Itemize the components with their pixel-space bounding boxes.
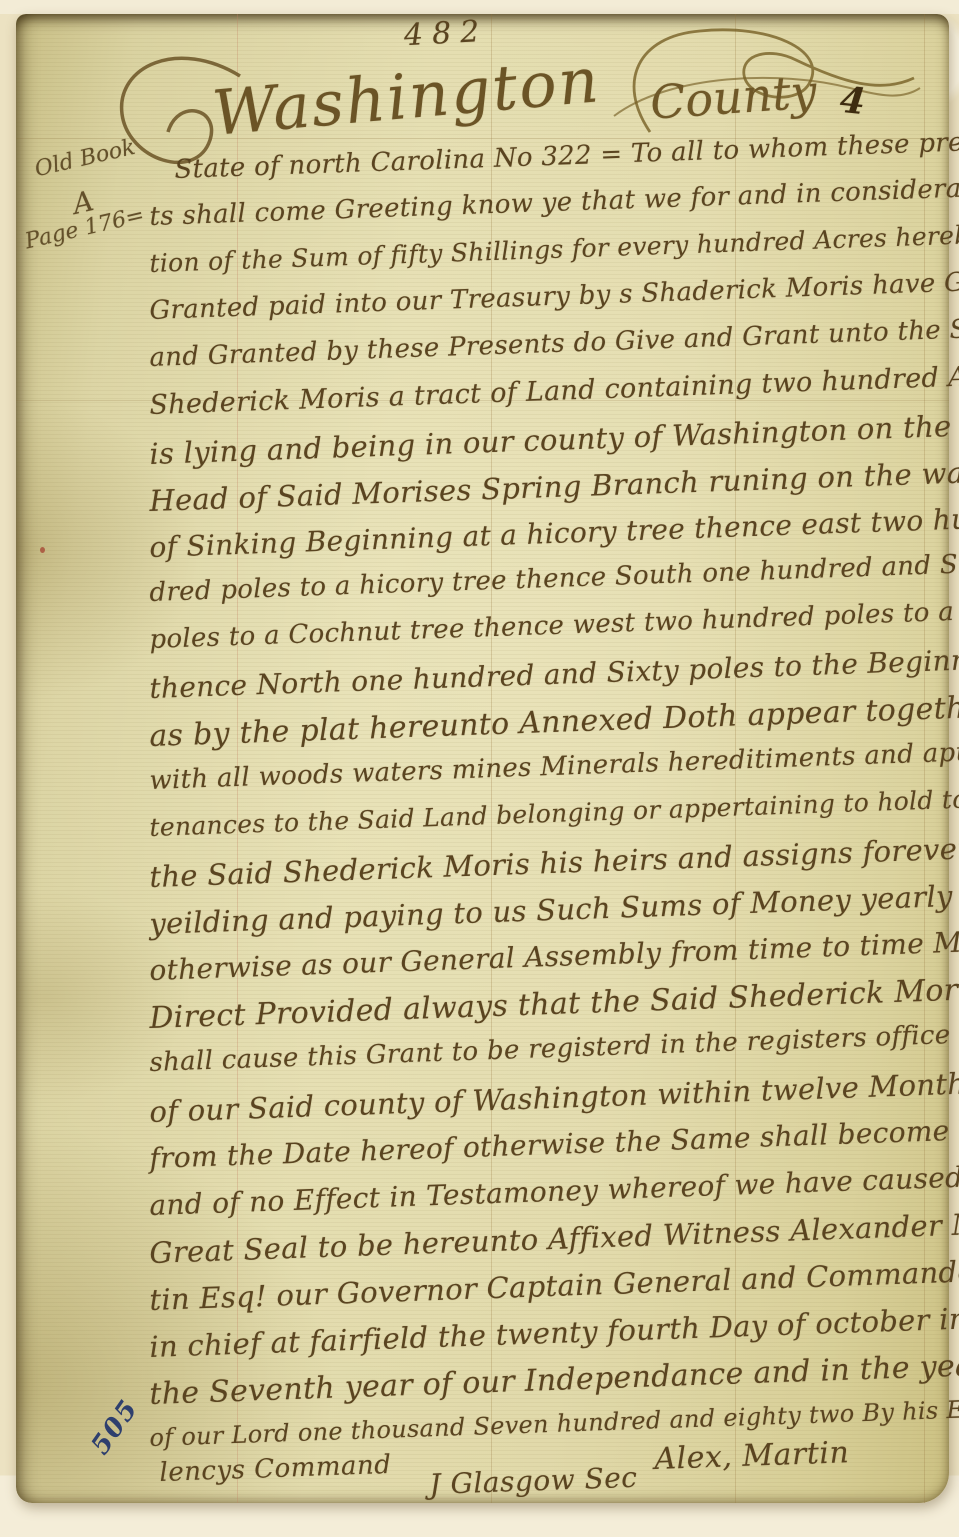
- archival-stamp-number: 505: [86, 1394, 145, 1461]
- margin-note-old-book: Old Book: [32, 135, 137, 182]
- manuscript-line: ts shall come Greeting know ye that we f…: [149, 173, 959, 232]
- secretary-signature: J Glasgow Sec: [429, 1461, 638, 1501]
- manuscript-line: tenances to the Said Land belonging or a…: [149, 784, 959, 842]
- page-title-county: County: [648, 64, 818, 129]
- governor-signature: Alex, Martin: [654, 1435, 850, 1477]
- page-title-washington: Washington: [210, 43, 604, 150]
- ink-speck: [40, 547, 45, 553]
- manuscript-line: Granted paid into our Treasury by s Shad…: [149, 266, 959, 326]
- manuscript-line: tion of the Sum of fifty Shillings for e…: [149, 220, 959, 278]
- closing-command-text: lencys Command: [159, 1450, 392, 1488]
- manuscript-page: 482 Washington County 4 Old Book A Page …: [16, 14, 949, 1503]
- header-mark: 4: [838, 79, 867, 123]
- folio-number: 482: [403, 14, 489, 53]
- manuscript-line: and Granted by these Presents do Give an…: [149, 313, 959, 373]
